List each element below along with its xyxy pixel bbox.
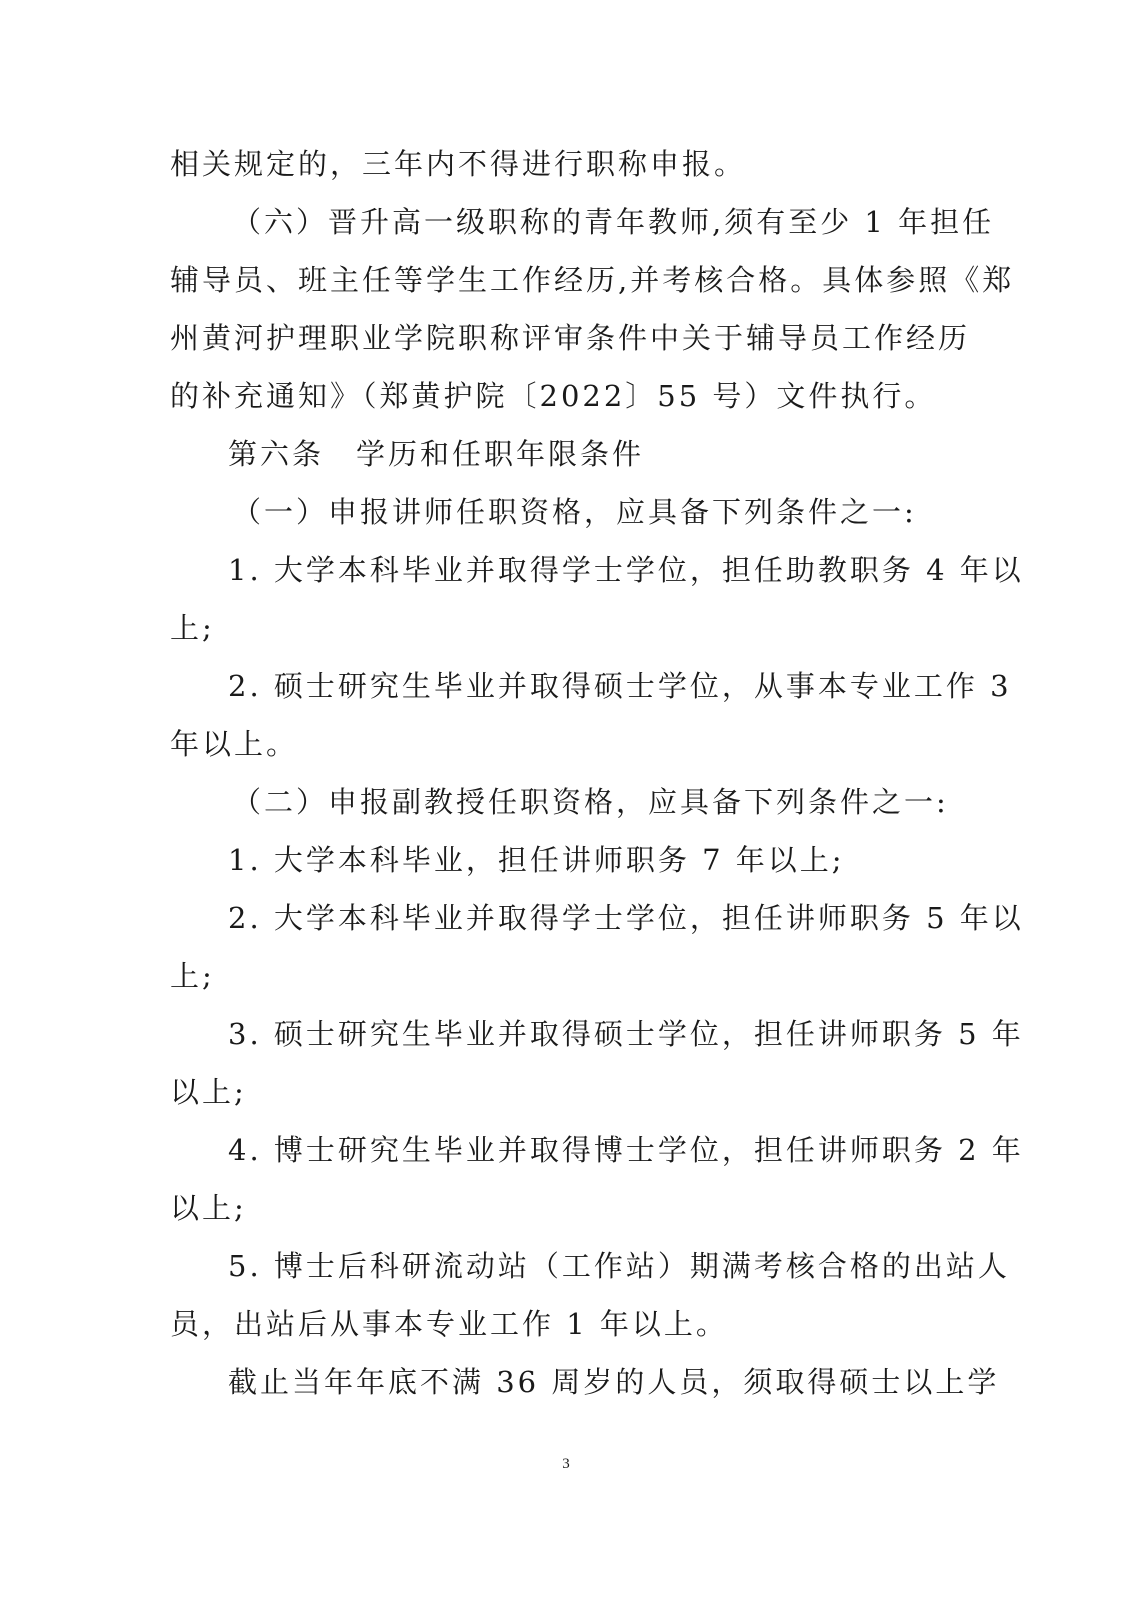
clause-six-line: （六）晋升高一级职称的青年教师,须有至少 1 年担任 bbox=[232, 204, 1007, 240]
list-item-continuation: 年以上。 bbox=[170, 726, 945, 762]
list-item: 2. 硕士研究生毕业并取得硕士学位，从事本专业工作 3 bbox=[228, 668, 945, 704]
section-associate-professor-heading: （二）申报副教授任职资格，应具备下列条件之一: bbox=[232, 784, 1007, 820]
list-item-continuation: 员，出站后从事本专业工作 1 年以上。 bbox=[170, 1306, 945, 1342]
list-item-continuation: 以上; bbox=[170, 1190, 945, 1226]
paragraph-line: 的补充通知》（郑黄护院〔2022〕55 号）文件执行。 bbox=[170, 378, 945, 414]
paragraph-line: 截止当年年底不满 36 周岁的人员，须取得硕士以上学 bbox=[228, 1364, 945, 1400]
section-lecturer-heading: （一）申报讲师任职资格，应具备下列条件之一: bbox=[232, 494, 1007, 530]
document-page: 相关规定的，三年内不得进行职称申报。 （六）晋升高一级职称的青年教师,须有至少 … bbox=[0, 0, 1132, 1600]
list-item-continuation: 以上; bbox=[170, 1074, 945, 1110]
list-item: 4. 博士研究生毕业并取得博士学位，担任讲师职务 2 年 bbox=[228, 1132, 945, 1168]
list-item: 1. 大学本科毕业，担任讲师职务 7 年以上; bbox=[228, 842, 945, 878]
list-item: 2. 大学本科毕业并取得学士学位，担任讲师职务 5 年以 bbox=[228, 900, 945, 936]
list-item: 5. 博士后科研流动站（工作站）期满考核合格的出站人 bbox=[228, 1248, 945, 1284]
list-item: 1. 大学本科毕业并取得学士学位，担任助教职务 4 年以 bbox=[228, 552, 945, 588]
paragraph-line: 辅导员、班主任等学生工作经历,并考核合格。具体参照《郑 bbox=[170, 262, 945, 298]
paragraph-line: 州黄河护理职业学院职称评审条件中关于辅导员工作经历 bbox=[170, 320, 945, 356]
paragraph-line: 相关规定的，三年内不得进行职称申报。 bbox=[170, 146, 945, 182]
list-item-continuation: 上; bbox=[170, 958, 945, 994]
list-item-continuation: 上; bbox=[170, 610, 945, 646]
page-number: 3 bbox=[0, 1456, 1132, 1473]
list-item: 3. 硕士研究生毕业并取得硕士学位，担任讲师职务 5 年 bbox=[228, 1016, 945, 1052]
article-heading: 第六条 学历和任职年限条件 bbox=[228, 436, 945, 472]
